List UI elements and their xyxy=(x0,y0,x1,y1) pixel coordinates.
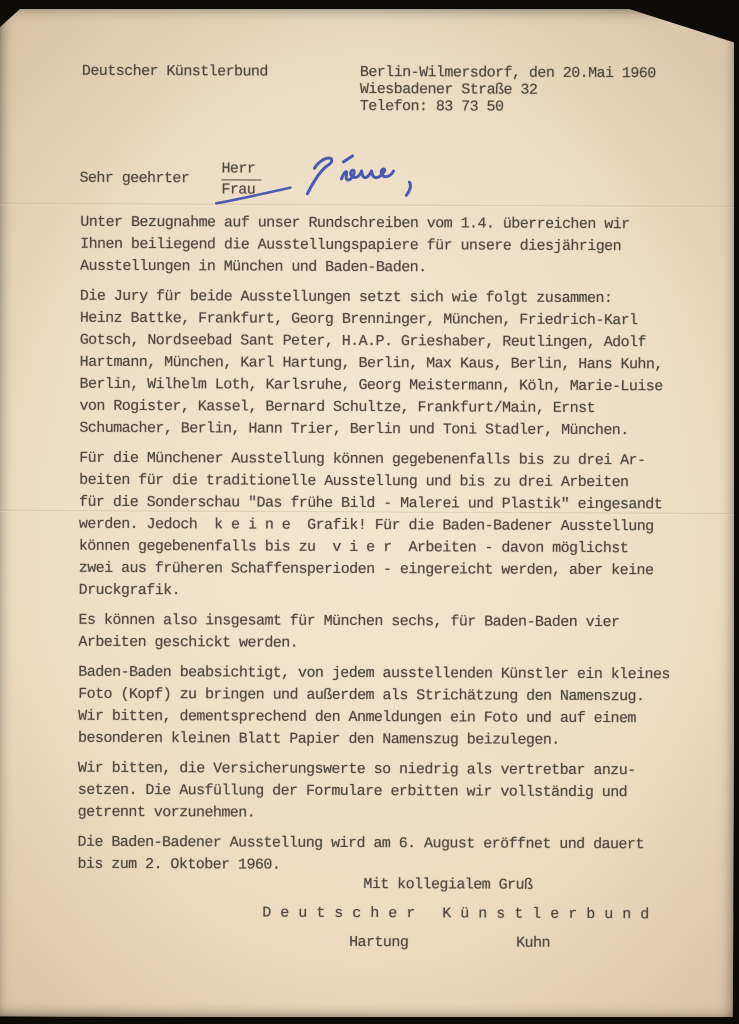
letter-line: Ausstellungen in München und Baden-Baden… xyxy=(80,256,720,281)
address-phone: Telefon: 83 73 50 xyxy=(360,98,656,116)
letter-line: Es können also insgesamt für München sec… xyxy=(78,610,718,635)
letter-line: Baden-Baden beabsichtigt, von jedem auss… xyxy=(78,662,718,687)
paragraph: Es können also insgesamt für München sec… xyxy=(78,610,718,657)
scan-edge-right xyxy=(734,0,739,1024)
closing-organization: D e u t s c h e r K ü n s t l e r b u n … xyxy=(262,903,649,927)
letter-line: Berlin, Wilhelm Loth, Karlsruhe, Georg M… xyxy=(80,374,720,399)
signature-kuhn: Kuhn xyxy=(516,933,550,955)
scan-edge-bottom xyxy=(0,1017,739,1024)
letter-line: setzen. Die Ausfüllung der Formulare erb… xyxy=(78,780,718,805)
paragraph: Unter Bezugnahme auf unser Rundschreiben… xyxy=(80,212,720,281)
letter-line: Wir bitten, die Versicherungswerte so ni… xyxy=(78,758,718,783)
letter-line: beiten für die traditionelle Ausstellung… xyxy=(79,470,719,495)
paragraph: Für die Münchener Ausstellung können geg… xyxy=(79,448,720,605)
closing-greeting: Mit kollegialem Gruß xyxy=(363,874,532,897)
letter-line: besonderen kleinen Blatt Papier den Name… xyxy=(78,728,718,753)
letter-line: Für die Münchener Ausstellung können geg… xyxy=(79,448,719,473)
letter-line: zwei aus früheren Schaffensperioden - ei… xyxy=(79,558,719,583)
paragraph: Die Jury für beide Ausstellungen setzt s… xyxy=(79,286,720,443)
letter-line: Schumacher, Berlin, Hann Trier, Berlin u… xyxy=(79,418,719,443)
letter-line: Hartmann, München, Karl Hartung, Berlin,… xyxy=(80,352,720,377)
letter-line: Foto (Kopf) zu bringen und außerdem als … xyxy=(78,684,718,709)
signature-hartung: Hartung xyxy=(349,932,408,954)
salutation-option-herr: Herr xyxy=(221,159,261,180)
letter-line: Gotsch, Nordseebad Sant Peter, H.A.P. Gr… xyxy=(80,330,720,355)
letter-line: Die Baden-Badener Ausstellung wird am 6.… xyxy=(78,832,718,857)
letter-line: getrennt vorzunehmen. xyxy=(78,802,718,827)
address-street: Wiesbadener Straße 32 xyxy=(360,81,656,99)
letter-line: können gegebenenfalls bis zu v i e r Arb… xyxy=(79,536,719,561)
letter-line: von Rogister, Kassel, Bernard Schultze, … xyxy=(79,396,719,421)
handwritten-name xyxy=(287,146,447,207)
letter-line: Druckgrafik. xyxy=(79,580,719,605)
letter-line: Heinz Battke, Frankfurt, Georg Brenninge… xyxy=(80,308,720,333)
letter-line: Unter Bezugnahme auf unser Rundschreiben… xyxy=(80,212,720,237)
paragraph: Baden-Baden beabsichtigt, von jedem auss… xyxy=(78,662,718,753)
sender-name: Deutscher Künstlerbund xyxy=(82,61,268,84)
letter-page: Deutscher Künstlerbund Berlin-Wilmersdor… xyxy=(0,6,737,1019)
salutation-prefix: Sehr geehrter xyxy=(79,168,189,190)
letter-line: Ihnen beiliegend die Ausstellungspapiere… xyxy=(80,234,720,259)
pen-strikethrough xyxy=(212,183,296,207)
letter-line: Wir bitten, dementsprechend den Anmeldun… xyxy=(78,706,718,731)
sender-address-block: Berlin-Wilmersdorf, den 20.Mai 1960 Wies… xyxy=(360,64,656,116)
letter-body: Unter Bezugnahme auf unser Rundschreiben… xyxy=(77,212,720,887)
paragraph: Die Baden-Badener Ausstellung wird am 6.… xyxy=(77,832,717,879)
paragraph: Wir bitten, die Versicherungswerte so ni… xyxy=(78,758,718,827)
address-city-date: Berlin-Wilmersdorf, den 20.Mai 1960 xyxy=(360,64,656,82)
scanned-letter: Deutscher Künstlerbund Berlin-Wilmersdor… xyxy=(0,0,739,1024)
letter-line: Die Jury für beide Ausstellungen setzt s… xyxy=(80,286,720,311)
letter-line: für die Sonderschau "Das frühe Bild - Ma… xyxy=(79,492,719,517)
letter-line: Arbeiten geschickt werden. xyxy=(78,632,718,657)
letter-line: werden. Jedoch k e i n e Grafik! Für die… xyxy=(79,514,719,539)
